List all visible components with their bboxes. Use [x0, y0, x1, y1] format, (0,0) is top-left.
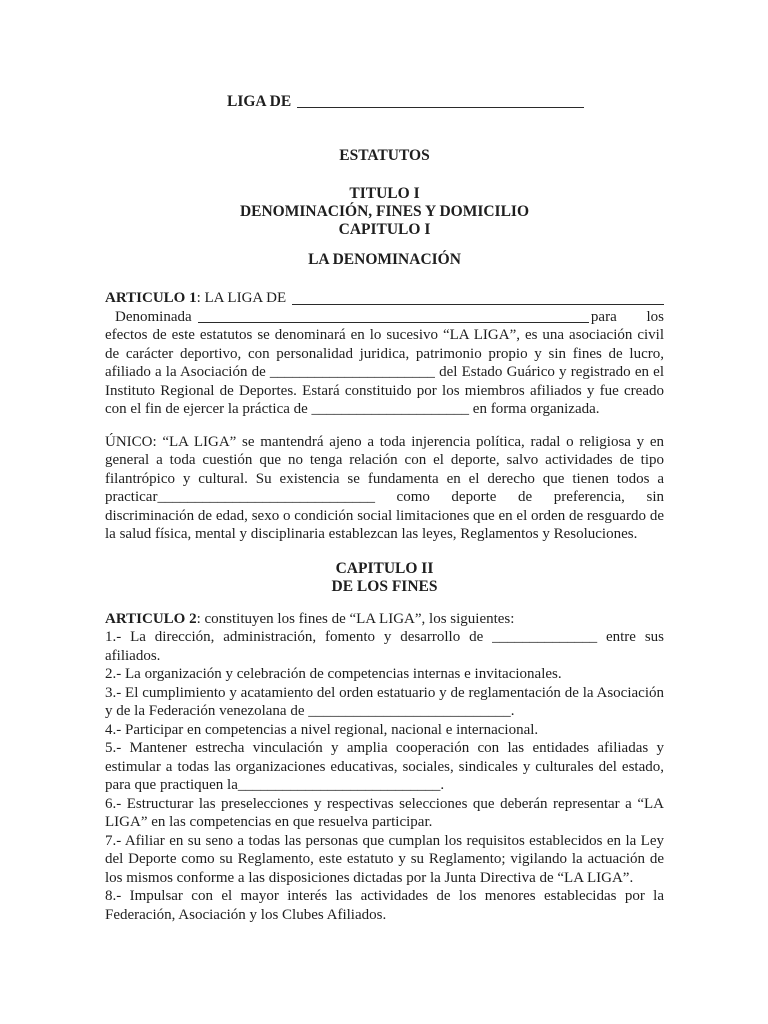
doc-title: LIGA DE	[227, 93, 584, 111]
articulo-1-label: ARTICULO 1	[105, 289, 197, 308]
fines-item-6: 6.- Estructurar las preselecciones y res…	[105, 795, 664, 832]
denominada-text: Denominada	[115, 308, 192, 327]
heading-denominacion-fines-domicilio: DENOMINACIÓN, FINES Y DOMICILIO	[105, 203, 664, 221]
unico-paragraph: ÚNICO: “LA LIGA” se mantendrá ajeno a to…	[105, 433, 664, 544]
fines-item-3: 3.- El cumplimiento y acatamiento del or…	[105, 684, 664, 721]
articulo-1-blank-line	[292, 289, 664, 305]
denominada-line: Denominada para los	[105, 308, 664, 327]
document-page: LIGA DE ESTATUTOS TITULO I DENOMINACIÓN,…	[0, 0, 768, 1024]
denominada-blank-line	[198, 308, 589, 324]
heading-de-los-fines: DE LOS FINES	[105, 578, 664, 596]
fines-item-1: 1.- La dirección, administración, foment…	[105, 628, 664, 665]
heading-estatutos: ESTATUTOS	[105, 147, 664, 165]
articulo-1-lead: : LA LIGA DE	[197, 289, 287, 308]
fines-item-8: 8.- Impulsar con el mayor interés las ac…	[105, 887, 664, 924]
articulo-1-heading-line: ARTICULO 1 : LA LIGA DE	[105, 289, 664, 308]
heading-capitulo-i: CAPITULO I	[105, 221, 664, 239]
doc-title-text: LIGA DE	[227, 93, 291, 111]
articulo-1-body: efectos de este estatutos se denominará …	[105, 326, 664, 419]
articulo-2-section: ARTICULO 2: constituyen los fines de “LA…	[105, 610, 664, 925]
title-blank-line	[297, 93, 584, 108]
heading-titulo-group: TITULO I DENOMINACIÓN, FINES Y DOMICILIO…	[105, 185, 664, 239]
articulo-1-section: ARTICULO 1 : LA LIGA DE Denominada para …	[105, 289, 664, 419]
fines-item-2: 2.- La organización y celebración de com…	[105, 665, 664, 684]
doc-content: LIGA DE ESTATUTOS TITULO I DENOMINACIÓN,…	[0, 0, 768, 924]
articulo-2-intro-line: ARTICULO 2: constituyen los fines de “LA…	[105, 610, 664, 629]
heading-titulo-i: TITULO I	[105, 185, 664, 203]
fines-item-4: 4.- Participar en competencias a nivel r…	[105, 721, 664, 740]
denominada-line-end: para los	[589, 308, 664, 327]
heading-capitulo-ii: CAPITULO II	[105, 560, 664, 578]
articulo-2-label: ARTICULO 2	[105, 611, 197, 627]
articulo-2-intro: : constituyen los fines de “LA LIGA”, lo…	[197, 611, 515, 627]
heading-capitulo-ii-group: CAPITULO II DE LOS FINES	[105, 560, 664, 596]
fines-item-7: 7.- Afiliar en su seno a todas las perso…	[105, 832, 664, 888]
heading-la-denominacion: LA DENOMINACIÓN	[105, 251, 664, 269]
fines-item-5: 5.- Mantener estrecha vinculación y ampl…	[105, 739, 664, 795]
